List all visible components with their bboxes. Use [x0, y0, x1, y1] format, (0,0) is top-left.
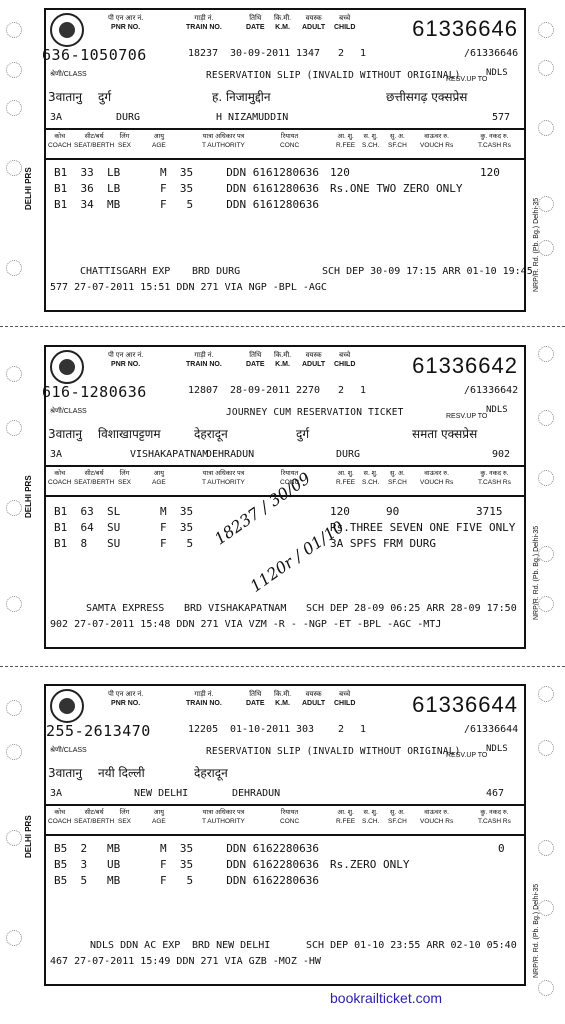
- fare-code: 577: [492, 112, 510, 123]
- class-label: श्रेणी/CLASS: [50, 407, 87, 416]
- child-value: 1: [360, 48, 366, 59]
- class-hindi: 3वातानु: [48, 764, 82, 781]
- date-label: तिथिDATE: [246, 14, 265, 32]
- col-vouch: वाऊचर रु.VOUCH Rs: [420, 808, 453, 826]
- boarding-station: BRD DURG: [192, 266, 240, 277]
- punch-hole: [6, 22, 22, 38]
- child-label: बच्चेCHILD: [334, 690, 355, 708]
- train-label: गाड़ी नं.TRAIN NO.: [186, 690, 222, 708]
- side-label-right: NRP/R. Rd. (Pb. Bg.) Delhi-35: [533, 884, 540, 978]
- col-tcash: कु. नकद रु.T.CASH Rs: [478, 808, 511, 826]
- train-name-hindi: छत्तीसगढ़ एक्सप्रेस: [386, 88, 467, 105]
- adult-label: वयस्कADULT: [302, 351, 325, 369]
- train-no-value: 18237: [188, 48, 218, 59]
- schedule: SCH DEP 01-10 23:55 ARR 02-10 05:40: [306, 940, 517, 951]
- child-label: बच्चेCHILD: [334, 14, 355, 32]
- punch-hole: [538, 840, 554, 856]
- col-tcash: कु. नकद रु.T.CASH Rs: [478, 132, 511, 150]
- km-label: कि.मी.K.M.: [274, 14, 291, 32]
- col-age: आयुAGE: [152, 469, 166, 487]
- punch-hole: [538, 900, 554, 916]
- ticket-header: पी एन आर नं.PNR NO. गाड़ी नं.TRAIN NO. त…: [46, 10, 524, 130]
- resv-code: NDLS: [486, 68, 508, 78]
- date-label: तिथिDATE: [246, 690, 265, 708]
- ticket-body: B1 63 SL M 35 B1 64 SU F 35 B1 8 SU F 5 …: [46, 497, 524, 647]
- punch-hole: [6, 366, 22, 382]
- fare-code: 467: [486, 788, 504, 799]
- passenger-row: B1 33 LB M 35 DDN 6161280636: [54, 166, 319, 179]
- col-vouch: वाऊचर रु.VOUCH Rs: [420, 469, 453, 487]
- col-conc: रियायतCONC: [280, 808, 299, 826]
- class-label: श्रेणी/CLASS: [50, 70, 87, 79]
- passenger-row: B5 3 UB F 35 DDN 6162280636: [54, 858, 319, 871]
- col-sex: लिंगSEX: [118, 469, 131, 487]
- tear-line: [0, 326, 565, 327]
- side-label-left: DELHI PRS: [24, 167, 33, 210]
- ticket-header: पी एन आर नं.PNR NO. गाड़ी नं.TRAIN NO. त…: [46, 686, 524, 806]
- col-authority: यात्रा अधिकार पत्रT AUTHORITY: [202, 132, 245, 150]
- punch-hole: [538, 740, 554, 756]
- ticket-1: पी एन आर नं.PNR NO. गाड़ी नं.TRAIN NO. त…: [44, 8, 526, 312]
- footer-line: 577 27-07-2011 15:51 DDN 271 VIA NGP -BP…: [50, 282, 327, 293]
- footer-line: 902 27-07-2011 15:48 DDN 271 VIA VZM -R …: [50, 619, 441, 630]
- pnr-label: पी एन आर नं.PNR NO.: [108, 690, 143, 708]
- col-sfch: सु. अ.SF.CH: [388, 808, 407, 826]
- amount-in-words: Rs.THREE SEVEN ONE FIVE ONLY: [330, 521, 515, 534]
- col-coach: कोचCOACH: [48, 808, 71, 826]
- km-value: 2270: [296, 385, 320, 396]
- class-code: 3A: [50, 112, 62, 123]
- punch-hole: [6, 100, 22, 116]
- resv-up-to-label: RESV.UP TO: [446, 76, 487, 83]
- punch-hole: [538, 980, 554, 996]
- train-name-hindi: समता एक्सप्रेस: [412, 425, 477, 442]
- from-station: NEW DELHI: [134, 788, 188, 799]
- passenger-row: B1 36 LB F 35 DDN 6161280636: [54, 182, 319, 195]
- to-hindi: देहरादून: [194, 425, 228, 442]
- col-sfch: सु. अ.SF.CH: [388, 132, 407, 150]
- indian-railways-logo-icon: [50, 350, 84, 384]
- passenger-row: B1 34 MB F 5 DDN 6161280636: [54, 198, 319, 211]
- to-hindi: ह. निजामुद्दीन: [212, 88, 271, 105]
- boarding-station: BRD VISHAKAPATNAM: [184, 603, 286, 614]
- class-hindi: 3वातानु: [48, 425, 82, 442]
- train-name: NDLS DDN AC EXP: [90, 940, 180, 951]
- passenger-row: B1 63 SL M 35: [54, 505, 193, 518]
- punch-hole: [6, 830, 22, 846]
- fare-code: 902: [492, 449, 510, 460]
- col-conc: रियायतCONC: [280, 132, 299, 150]
- passenger-row: B5 2 MB M 35 DDN 6162280636: [54, 842, 319, 855]
- passenger-row: B1 8 SU F 5: [54, 537, 193, 550]
- col-age: आयुAGE: [152, 132, 166, 150]
- col-seat: सीट/बर्थSEAT/BERTH: [74, 808, 114, 826]
- adult-label: वयस्कADULT: [302, 14, 325, 32]
- child-label: बच्चेCHILD: [334, 351, 355, 369]
- km-label: कि.मी.K.M.: [274, 690, 291, 708]
- punch-hole: [6, 260, 22, 276]
- km-value: 303: [296, 724, 314, 735]
- col-rfee: आ. शु.R.FEE: [336, 469, 355, 487]
- child-value: 1: [360, 385, 366, 396]
- side-label-left: DELHI PRS: [24, 475, 33, 518]
- punch-hole: [538, 546, 554, 562]
- passenger-row: B5 5 MB F 5 DDN 6162280636: [54, 874, 319, 887]
- punch-hole: [6, 930, 22, 946]
- col-sex: लिंगSEX: [118, 132, 131, 150]
- col-coach: कोचCOACH: [48, 469, 71, 487]
- via-hindi: दुर्ग: [296, 425, 309, 442]
- punch-hole: [538, 240, 554, 256]
- from-station: DURG: [116, 112, 140, 123]
- rfee-value: 120: [330, 505, 350, 518]
- ticket-2: पी एन आर नं.PNR NO. गाड़ी नं.TRAIN NO. त…: [44, 345, 526, 649]
- col-sch: स. शु.S.CH.: [362, 808, 379, 826]
- extra-line: 3A SPFS FRM DURG: [330, 537, 436, 550]
- tcash-value: 120: [480, 166, 500, 179]
- train-label: गाड़ी नं.TRAIN NO.: [186, 351, 222, 369]
- km-label: कि.मी.K.M.: [274, 351, 291, 369]
- adult-value: 2: [338, 385, 344, 396]
- pnr-label: पी एन आर नं.PNR NO.: [108, 351, 143, 369]
- pnr-label: पी एन आर नं.PNR NO.: [108, 14, 143, 32]
- class-code: 3A: [50, 449, 62, 460]
- punch-hole: [538, 22, 554, 38]
- ticket-number: 61336646: [412, 16, 518, 42]
- train-no-value: 12205: [188, 724, 218, 735]
- punch-hole: [6, 420, 22, 436]
- boarding-station: BRD NEW DELHI: [192, 940, 270, 951]
- punch-hole: [538, 596, 554, 612]
- resv-code: NDLS: [486, 405, 508, 415]
- ticket-ref: /61336644: [464, 724, 518, 735]
- date-value: 01-10-2011: [230, 724, 290, 735]
- side-label-left: DELHI PRS: [24, 815, 33, 858]
- col-authority: यात्रा अधिकार पत्रT AUTHORITY: [202, 469, 245, 487]
- from-station: VISHAKAPATNAM: [130, 449, 208, 460]
- child-value: 1: [360, 724, 366, 735]
- ticket-ref: /61336642: [464, 385, 518, 396]
- punch-hole: [6, 62, 22, 78]
- ticket-ref: /61336646: [464, 48, 518, 59]
- slip-title: JOURNEY CUM RESERVATION TICKET: [226, 407, 404, 418]
- class-hindi: 3वातानु: [48, 88, 82, 105]
- col-vouch: वाऊचर रु.VOUCH Rs: [420, 132, 453, 150]
- footer-line: 467 27-07-2011 15:49 DDN 271 VIA GZB -MO…: [50, 956, 321, 967]
- ticket-header: पी एन आर नं.PNR NO. गाड़ी नं.TRAIN NO. त…: [46, 347, 524, 467]
- date-label: तिथिDATE: [246, 351, 265, 369]
- column-headers: कोचCOACH सीट/बर्थSEAT/BERTH लिंगSEX आयुA…: [46, 806, 524, 836]
- tcash-value: 3715: [476, 505, 503, 518]
- col-rfee: आ. शु.R.FEE: [336, 808, 355, 826]
- col-sfch: सु. अ.SF.CH: [388, 469, 407, 487]
- punch-hole: [6, 596, 22, 612]
- to-station: DEHRADUN: [206, 449, 254, 460]
- to-station: H NIZAMUDDIN: [216, 112, 288, 123]
- pnr-value: 255-2613470: [46, 722, 151, 740]
- resv-code: NDLS: [486, 744, 508, 754]
- tcash-value: 0: [498, 842, 505, 855]
- class-label: श्रेणी/CLASS: [50, 746, 87, 755]
- to-hindi: देहरादून: [194, 764, 228, 781]
- class-code: 3A: [50, 788, 62, 799]
- date-value: 28-09-2011: [230, 385, 290, 396]
- passenger-row: B1 64 SU F 35: [54, 521, 193, 534]
- watermark: bookrailticket.com: [330, 990, 442, 1006]
- resv-up-to-label: RESV.UP TO: [446, 752, 487, 759]
- to-station: DEHRADUN: [232, 788, 280, 799]
- train-name: SAMTA EXPRESS: [86, 603, 164, 614]
- punch-hole: [538, 686, 554, 702]
- ticket-number: 61336644: [412, 692, 518, 718]
- col-coach: कोचCOACH: [48, 132, 71, 150]
- from-hindi: दुर्ग: [98, 88, 111, 105]
- via-station: DURG: [336, 449, 360, 460]
- indian-railways-logo-icon: [50, 13, 84, 47]
- punch-hole: [6, 160, 22, 176]
- col-seat: सीट/बर्थSEAT/BERTH: [74, 132, 114, 150]
- col-authority: यात्रा अधिकार पत्रT AUTHORITY: [202, 808, 245, 826]
- amount-in-words: Rs.ONE TWO ZERO ONLY: [330, 182, 462, 195]
- date-value: 30-09-2011: [230, 48, 290, 59]
- slip-title: RESERVATION SLIP (INVALID WITHOUT ORIGIN…: [206, 70, 461, 81]
- schedule: SCH DEP 28-09 06:25 ARR 28-09 17:50: [306, 603, 517, 614]
- train-no-value: 12807: [188, 385, 218, 396]
- punch-hole: [538, 60, 554, 76]
- adult-value: 2: [338, 724, 344, 735]
- rfee-value: 120: [330, 166, 350, 179]
- sfch-value: 90: [386, 505, 399, 518]
- train-label: गाड़ी नं.TRAIN NO.: [186, 14, 222, 32]
- pnr-value: 636-1050706: [42, 46, 147, 64]
- col-sch: स. शु.S.CH.: [362, 469, 379, 487]
- pnr-value: 616-1280636: [42, 383, 147, 401]
- col-tcash: कु. नकद रु.T.CASH Rs: [478, 469, 511, 487]
- ticket-body: B5 2 MB M 35 DDN 6162280636 B5 3 UB F 35…: [46, 836, 524, 984]
- col-sex: लिंगSEX: [118, 808, 131, 826]
- resv-up-to-label: RESV.UP TO: [446, 413, 487, 420]
- punch-hole: [538, 346, 554, 362]
- indian-railways-logo-icon: [50, 689, 84, 723]
- tear-line: [0, 666, 565, 667]
- adult-value: 2: [338, 48, 344, 59]
- slip-title: RESERVATION SLIP (INVALID WITHOUT ORIGIN…: [206, 746, 461, 757]
- punch-hole: [538, 410, 554, 426]
- punch-hole: [6, 500, 22, 516]
- ticket-number: 61336642: [412, 353, 518, 379]
- km-value: 1347: [296, 48, 320, 59]
- col-sch: स. शु.S.CH.: [362, 132, 379, 150]
- col-rfee: आ. शु.R.FEE: [336, 132, 355, 150]
- punch-hole: [538, 196, 554, 212]
- train-name: CHATTISGARH EXP: [80, 266, 170, 277]
- punch-hole: [6, 700, 22, 716]
- ticket-3: पी एन आर नं.PNR NO. गाड़ी नं.TRAIN NO. त…: [44, 684, 526, 986]
- punch-hole: [538, 470, 554, 486]
- adult-label: वयस्कADULT: [302, 690, 325, 708]
- col-age: आयुAGE: [152, 808, 166, 826]
- amount-in-words: Rs.ZERO ONLY: [330, 858, 409, 871]
- col-seat: सीट/बर्थSEAT/BERTH: [74, 469, 114, 487]
- ticket-body: B1 33 LB M 35 DDN 6161280636 B1 36 LB F …: [46, 160, 524, 310]
- schedule: SCH DEP 30-09 17:15 ARR 01-10 19:45: [322, 266, 533, 277]
- punch-hole: [538, 120, 554, 136]
- column-headers: कोचCOACH सीट/बर्थSEAT/BERTH लिंगSEX आयुA…: [46, 130, 524, 160]
- punch-hole: [6, 744, 22, 760]
- from-hindi: नयी दिल्ली: [98, 764, 145, 781]
- from-hindi: विशाखापट्टणम: [98, 425, 161, 442]
